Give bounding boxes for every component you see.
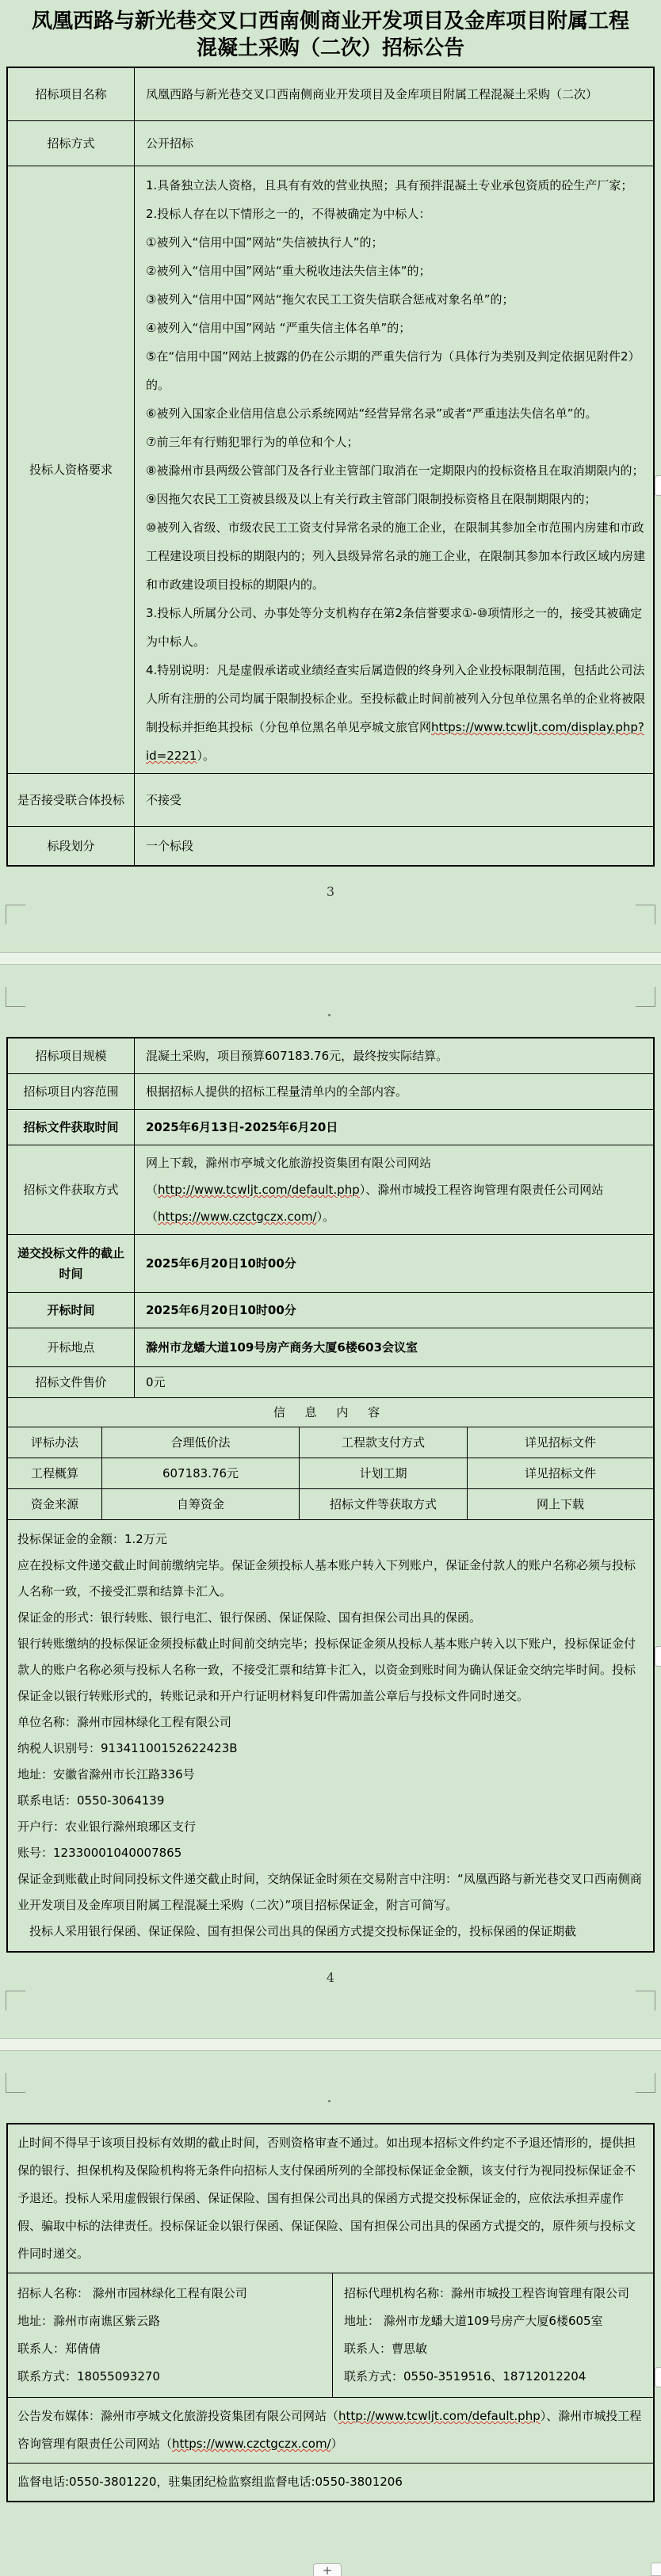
document-canvas: 凤凰西路与新光巷交叉口西南侧商业开发项目及金库项目附属工程混凝土采购（二次）招标… [0, 0, 661, 2576]
bidder-address: 地址：滁州市南谯区紫云路 [17, 2307, 327, 2335]
page-break-zone: 4 [0, 1953, 661, 2123]
deposit-continuation-cell: 止时间不得早于该项目投标有效期的截止时间，否则资格审查不通过。如出现本招标文件约… [8, 2124, 653, 2273]
qualification-line: ④被列入“信用中国”网站 “严重失信主体名单”的； [146, 314, 647, 342]
page-corner-mark [636, 987, 655, 1007]
table-row: 投标人资格要求 1.具备独立法人资格，且具有有效的营业执照；具有预拌混凝土专业承… [8, 166, 653, 773]
doc-price-label: 招标文件售价 [8, 1367, 135, 1397]
fund-source-value: 自筹资金 [102, 1489, 300, 1519]
bid-opening-time-label: 开标时间 [8, 1293, 135, 1328]
table-row: 标段划分 一个标段 [8, 826, 653, 865]
doc-obtain-label: 招标文件等获取方式 [300, 1489, 468, 1519]
qualification-line: ⑨因拖欠农民工工资被县级及以上有关行政主管部门限制投标资格且在限制期限内的； [146, 485, 647, 513]
page-center-dot [328, 1014, 330, 1016]
qualification-label: 投标人资格要求 [8, 166, 135, 773]
doc-obtain-time-value: 2025年6月13日-2025年6月20日 [135, 1110, 653, 1145]
tender-notice-table-1: 招标项目名称 凤凰西路与新光巷交叉口西南侧商业开发项目及金库项目附属工程混凝土采… [6, 67, 655, 867]
deposit-line: 纳税人识别号：91341100152622423B [17, 1736, 647, 1762]
tender-notice-table-3: 止时间不得早于该项目投标有效期的截止时间，否则资格审查不通过。如出现本招标文件约… [6, 2123, 655, 2502]
qualification-line: 2.投标人存在以下情形之一的，不得被确定为中标人： [146, 200, 647, 228]
page-gap-band [0, 952, 661, 965]
schedule-label: 计划工期 [300, 1458, 468, 1488]
project-name-value: 凤凰西路与新光巷交叉口西南侧商业开发项目及金库项目附属工程混凝土采购（二次） [135, 68, 653, 120]
section-division-value: 一个标段 [135, 827, 653, 865]
schedule-value: 详见招标文件 [468, 1458, 653, 1488]
media-text: ） [331, 2437, 343, 2451]
deposit-line: 地址：安徽省滁州市长江路336号 [17, 1762, 647, 1788]
info-grid-row: 资金来源 自筹资金 招标文件等获取方式 网上下载 [8, 1488, 653, 1519]
table-row: 招标文件售价 0元 [8, 1366, 653, 1397]
page-corner-mark [6, 1991, 25, 2010]
doc-price-value: 0元 [135, 1367, 653, 1397]
submission-deadline-label: 递交投标文件的截止时间 [8, 1235, 135, 1292]
note-text: ）。 [197, 749, 215, 763]
tcwljt-url: http://www.tcwljt.com/default.php [158, 1183, 360, 1197]
qualification-value: 1.具备独立法人资格，且具有有效的营业执照；具有预拌混凝土专业承包资质的砼生产厂… [135, 166, 653, 773]
info-grid-row: 工程概算 607183.76元 计划工期 详见招标文件 [8, 1458, 653, 1488]
agency-contact-person: 联系人：曹思敏 [344, 2335, 648, 2363]
table-row: 开标时间 2025年6月20日10时00分 [8, 1292, 653, 1328]
qualification-line: 3.投标人所属分公司、办事处等分支机构存在第2条信誉要求①-⑩项情形之一的，接受… [146, 599, 647, 656]
page-corner-mark [6, 2073, 25, 2093]
deposit-line: 应在投标文件递交截止时间前缴纳完毕。保证金须投标人基本账户转入下列账户，保证金付… [17, 1553, 647, 1605]
eval-method-label: 评标办法 [8, 1427, 102, 1458]
doc-obtain-way-label: 招标文件获取方式 [8, 1145, 135, 1234]
info-content-header: 信 息 内 容 [8, 1397, 653, 1427]
czctgczx-url: https://www.czctgczx.com/ [172, 2437, 331, 2451]
deposit-line: 保证金到账截止时间同投标文件递交截止时间，交纳保证金时须在交易附言中注明：“凤凰… [17, 1866, 647, 1919]
qualification-line: ③被列入“信用中国”网站“拖欠农民工工资失信联合惩戒对象名单”的； [146, 285, 647, 314]
right-edge-tool-chip[interactable] [655, 1646, 661, 1667]
deposit-line: 联系电话：0550-3064139 [17, 1788, 647, 1814]
agency-contact-phone: 联系方式：0550-3519516、18712012204 [344, 2363, 648, 2391]
page-gap-band [0, 2038, 661, 2051]
doc-way-text: ）。 [317, 1210, 335, 1224]
page-number-4: 4 [0, 1970, 661, 1985]
page-center-dot [328, 2100, 330, 2102]
agency-info-cell: 招标代理机构名称：滁州市城投工程咨询管理有限公司 地址： 滁州市龙蟠大道109号… [333, 2273, 653, 2397]
announcement-media-cell: 公告发布媒体：滁州市亭城文化旅游投资集团有限公司网站（http://www.tc… [8, 2397, 653, 2463]
qualification-line: ⑥被列入国家企业信用信息公示系统网站“经营异常名录”或者“严重违法失信名单”的。 [146, 399, 647, 428]
qualification-line: ②被列入“信用中国”网站“重大税收违法失信主体”的； [146, 257, 647, 285]
project-scope-value: 根据招标人提供的招标工程量清单内的全部内容。 [135, 1074, 653, 1109]
deposit-line: 单位名称：滁州市园林绿化工程有限公司 [17, 1709, 647, 1736]
bottom-right-tool-chip[interactable] [651, 2563, 661, 2576]
add-page-button[interactable]: + [313, 2563, 342, 2576]
table-row: 招标文件获取时间 2025年6月13日-2025年6月20日 [8, 1109, 653, 1145]
right-edge-tool-chip[interactable] [655, 475, 661, 496]
qualification-special-note: 4.特别说明：凡是虚假承诺或业绩经查实后属造假的终身列入企业投标限制范围，包括此… [146, 656, 647, 770]
czctgczx-url: https://www.czctgczx.com/ [158, 1210, 317, 1224]
supervision-phone-cell: 监督电话:0550-3801220，驻集团纪检监察组监督电话:0550-3801… [8, 2463, 653, 2501]
deposit-line: 投标人采用银行保函、保证保险、国有担保公司出具的保函方式提交投标保证金的，投标保… [17, 1919, 647, 1945]
page-corner-mark [636, 2073, 655, 2093]
deposit-line: 保证金的形式：银行转账、银行电汇、银行保函、保证保险、国有担保公司出具的保函。 [17, 1605, 647, 1631]
deposit-line: 投标保证金的金额：1.2万元 [17, 1526, 647, 1553]
qualification-line: ⑧被滁州市县两级公管部门及各行业主管部门取消在一定期限内的投标资格且在取消期限内… [146, 456, 647, 485]
doc-obtain-value: 网上下载 [468, 1489, 653, 1519]
table-row: 开标地点 滁州市龙蟠大道109号房产商务大厦6楼603会议室 [8, 1328, 653, 1366]
table-row: 招标项目名称 凤凰西路与新光巷交叉口西南侧商业开发项目及金库项目附属工程混凝土采… [8, 68, 653, 120]
consortium-label: 是否接受联合体投标 [8, 774, 135, 826]
table-row: 是否接受联合体投标 不接受 [8, 773, 653, 826]
table-row: 招标方式 公开招标 [8, 120, 653, 166]
budget-label: 工程概算 [8, 1458, 102, 1488]
tender-method-label: 招标方式 [8, 121, 135, 166]
table-row: 递交投标文件的截止时间 2025年6月20日10时00分 [8, 1234, 653, 1292]
bid-deposit-cell: 投标保证金的金额：1.2万元 应在投标文件递交截止时间前缴纳完毕。保证金须投标人… [8, 1519, 653, 1951]
bid-opening-time-value: 2025年6月20日10时00分 [135, 1293, 653, 1328]
doc-obtain-time-label: 招标文件获取时间 [8, 1110, 135, 1145]
right-edge-tool-chip[interactable] [655, 2367, 661, 2387]
contacts-row: 招标人名称： 滁州市园林绿化工程有限公司 地址：滁州市南谯区紫云路 联系人：郑倩… [8, 2273, 653, 2397]
qualification-line: ⑦前三年有行贿犯罪行为的单位和个人； [146, 428, 647, 456]
table-row: 招标文件获取方式 网上下载，滁州市亭城文化旅游投资集团有限公司网站（http:/… [8, 1145, 653, 1234]
budget-value: 607183.76元 [102, 1458, 300, 1488]
tender-notice-table-2: 招标项目规模 混凝土采购，项目预算607183.76元，最终按实际结算。 招标项… [6, 1037, 655, 1953]
tender-method-value: 公开招标 [135, 121, 653, 166]
bidder-info-cell: 招标人名称： 滁州市园林绿化工程有限公司 地址：滁州市南谯区紫云路 联系人：郑倩… [8, 2273, 333, 2397]
submission-deadline-value: 2025年6月20日10时00分 [135, 1235, 653, 1292]
doc-way-text: 网上下载，滁州市亭城文化旅游投资集团有限公司网站（http://www.tcwl… [146, 1149, 647, 1230]
bidder-contact-phone: 联系方式：18055093270 [17, 2363, 327, 2391]
bidder-contact-person: 联系人：郑倩倩 [17, 2335, 327, 2363]
page-corner-mark [6, 987, 25, 1007]
page-break-zone: 3 [0, 867, 661, 1037]
bid-opening-place-value: 滁州市龙蟠大道109号房产商务大厦6楼603会议室 [135, 1328, 653, 1366]
page-corner-mark [636, 905, 655, 924]
qualification-line: ⑩被列入省级、市级农民工工资支付异常名录的施工企业，在限制其参加全市范围内房建和… [146, 513, 647, 599]
deposit-line: 开户行：农业银行滁州琅琊区支行 [17, 1814, 647, 1840]
qualification-line: ①被列入“信用中国”网站“失信被执行人”的； [146, 228, 647, 257]
project-scale-label: 招标项目规模 [8, 1038, 135, 1073]
info-grid-row: 评标办法 合理低价法 工程款支付方式 详见招标文件 [8, 1427, 653, 1458]
project-scope-label: 招标项目内容范围 [8, 1074, 135, 1109]
page-corner-mark [636, 1991, 655, 2010]
tcwljt-url: http://www.tcwljt.com/default.php [338, 2409, 541, 2423]
fund-source-label: 资金来源 [8, 1489, 102, 1519]
section-division-label: 标段划分 [8, 827, 135, 865]
bidder-name: 招标人名称： 滁州市园林绿化工程有限公司 [17, 2280, 327, 2307]
eval-method-value: 合理低价法 [102, 1427, 300, 1458]
plus-icon: + [323, 2564, 333, 2576]
payment-way-label: 工程款支付方式 [300, 1427, 468, 1458]
table-row: 招标项目规模 混凝土采购，项目预算607183.76元，最终按实际结算。 [8, 1038, 653, 1073]
table-row: 招标项目内容范围 根据招标人提供的招标工程量清单内的全部内容。 [8, 1073, 653, 1109]
media-text: 公告发布媒体：滁州市亭城文化旅游投资集团有限公司网站（ [17, 2409, 338, 2423]
payment-way-value: 详见招标文件 [468, 1427, 653, 1458]
bid-opening-place-label: 开标地点 [8, 1328, 135, 1366]
deposit-line: 银行转账缴纳的投标保证金须投标截止时间前交纳完毕；投标保证金须从投标人基本账户转… [17, 1631, 647, 1709]
deposit-line: 账号：12330001040007865 [17, 1840, 647, 1866]
agency-name: 招标代理机构名称：滁州市城投工程咨询管理有限公司 [344, 2280, 648, 2307]
consortium-value: 不接受 [135, 774, 653, 826]
doc-obtain-way-value: 网上下载，滁州市亭城文化旅游投资集团有限公司网站（http://www.tcwl… [135, 1145, 653, 1234]
qualification-line: ⑤在“信用中国”网站上披露的仍在公示期的严重失信行为（具体行为类别及判定依据见附… [146, 342, 647, 399]
project-scale-value: 混凝土采购，项目预算607183.76元，最终按实际结算。 [135, 1038, 653, 1073]
page-corner-mark [6, 905, 25, 924]
agency-address: 地址： 滁州市龙蟠大道109号房产大厦6楼605室 [344, 2307, 648, 2335]
page-title: 凤凰西路与新光巷交叉口西南侧商业开发项目及金库项目附属工程混凝土采购（二次）招标… [0, 0, 661, 67]
qualification-line: 1.具备独立法人资格，且具有有效的营业执照；具有预拌混凝土专业承包资质的砼生产厂… [146, 171, 647, 200]
page-number-3: 3 [0, 884, 661, 899]
project-name-label: 招标项目名称 [8, 68, 135, 120]
